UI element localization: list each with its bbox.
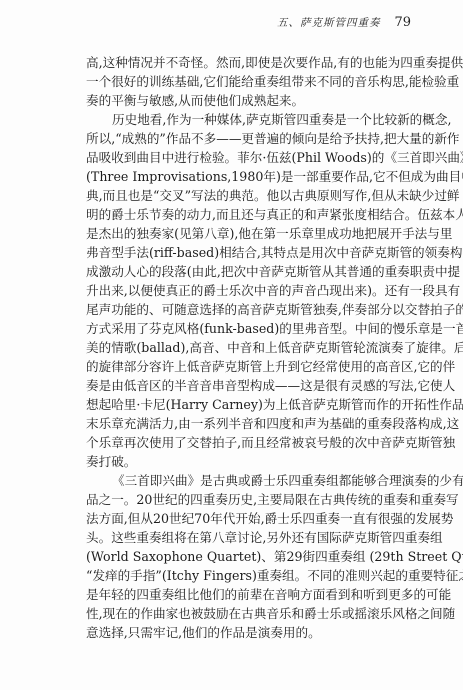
book-page: 五、萨克斯管四重奏 79 高,这种情况并不奇怪。然而,即使是次要作品,有的也能为…: [0, 0, 463, 690]
text-line: 弗音型手法(riff-based)相结合,其特点是用次中音萨克斯管的领奏构: [86, 243, 413, 262]
text-line: 想起哈里·卡尼(Harry Carney)为上低音萨克斯管而作的开拓性作品。: [86, 395, 413, 414]
text-line: 的旋律部分容许上低音萨克斯管上升到它经常使用的高音区,它的伴: [86, 357, 413, 376]
text-line: 头。这些重奏组将在第八章讨论,另外还有国际萨克斯管四重奏组: [86, 528, 413, 547]
text-line: 奏是由低音区的半音音串音型构成——这是很有灵感的写法,它使人: [86, 376, 413, 395]
text-line: 性,现在的作曲家也被鼓励在古典音乐和爵士乐或摇滚乐风格之间随: [86, 604, 413, 623]
text-line: 个乐章再次使用了交替拍子,而且经常被哀号般的次中音萨克斯管独: [86, 433, 413, 452]
text-line: (Three Improvisations,1980年)是一部重要作品,它不但成…: [86, 167, 413, 186]
text-line: 方式采用了芬克风格(funk-based)的里弗音型。中间的慢乐章是一首优: [86, 319, 413, 338]
text-line: 奏的平衡与敏感,从而使他们成熟起来。: [86, 91, 413, 110]
text-line: 成激动人心的段落(由此,把次中音萨克斯管从其普通的重奏职责中提: [86, 262, 413, 281]
text-line: 品之一。20世纪的四重奏历史,主要局限在古典传统的重奏和重奏写: [86, 490, 413, 509]
page-number: 79: [394, 15, 411, 30]
text-line: 意选择,只需牢记,他们的作品是演奏用的。: [86, 623, 413, 642]
text-line: 品吸收到曲目中进行检验。菲尔·伍兹(Phil Woods)的《三首即兴曲》: [86, 148, 413, 167]
body-text: 高,这种情况并不奇怪。然而,即使是次要作品,有的也能为四重奏提供 一个很好的训练…: [86, 53, 413, 642]
text-line: 高,这种情况并不奇怪。然而,即使是次要作品,有的也能为四重奏提供: [86, 53, 413, 72]
text-line: 一个很好的训练基础,它们能给重奏组带来不同的音乐构思,能检验重: [86, 72, 413, 91]
text-line: 法方面,但从20世纪70年代开始,爵士乐四重奏一直有很强的发展势: [86, 509, 413, 528]
text-line: 是年轻的四重奏组比他们的前辈在音响方面看到和听到更多的可能: [86, 585, 413, 604]
text-line: 末乐章充满活力,由一系列半音和四度和声为基础的重奏段落构成,这: [86, 414, 413, 433]
text-line: 是杰出的独奏家(见第八章),他在第一乐章里成功地把展开手法与里: [86, 224, 413, 243]
text-line: 历史地看,作为一种媒体,萨克斯管四重奏是一个比较新的概念,: [86, 110, 413, 129]
running-header: 五、萨克斯管四重奏 79: [277, 15, 411, 30]
section-title: 五、萨克斯管四重奏: [277, 15, 381, 30]
text-line: 美的情歌(ballad),高音、中音和上低音萨克斯管轮流演奏了旋律。后者: [86, 338, 413, 357]
text-line: 尾声功能的、可随意选择的高音萨克斯管独奏,伴奏部分以交替拍子的: [86, 300, 413, 319]
text-line: 明的爵士乐节奏的动力,而且还与真正的和声紧张度相结合。伍兹本人: [86, 205, 413, 224]
text-line: “发痒的手指”(Itchy Fingers)重奏组。不同的准则兴起的重要特征之一…: [86, 566, 413, 585]
text-line: 所以,“成熟的”作品不多——更普遍的倾向是给予扶持,把大量的新作: [86, 129, 413, 148]
text-line: (World Saxophone Quartet)、第29街四重奏组 (29th…: [86, 547, 413, 566]
text-line: 典,而且也是“交叉”写法的典范。他以古典原则写作,但从未缺少过鲜: [86, 186, 413, 205]
text-line: 奏打破。: [86, 452, 413, 471]
text-line: 《三首即兴曲》是古典或爵士乐四重奏组都能够合理演奏的少有作: [86, 471, 413, 490]
text-line: 升出来,以便使真正的爵士乐次中音的声音凸现出来)。还有一段具有: [86, 281, 413, 300]
